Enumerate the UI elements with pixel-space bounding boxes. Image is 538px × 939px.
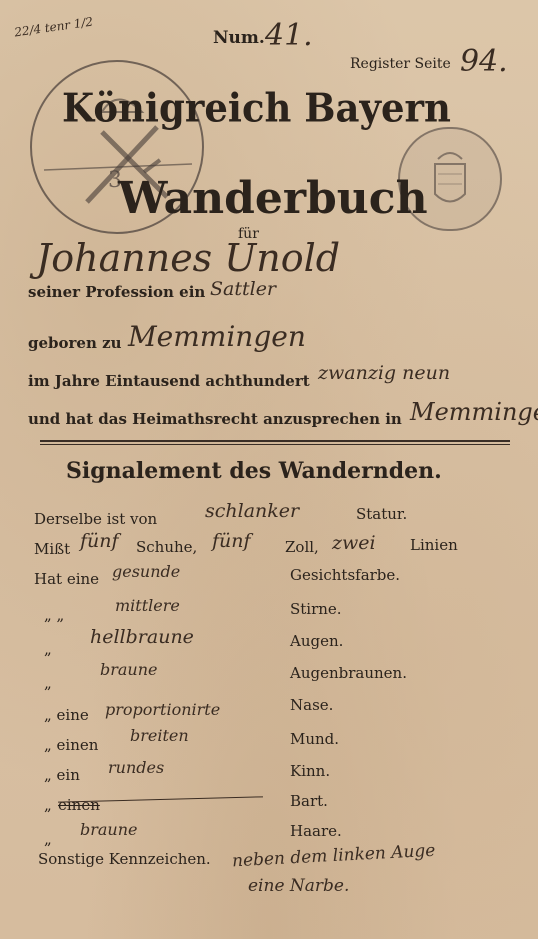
row-prefix: „ einen xyxy=(44,736,98,754)
profession-value: Sattler xyxy=(210,278,276,300)
signalement-heading: Signalement des Wandernden. xyxy=(66,458,442,484)
row-value-bart-struck: einen xyxy=(58,796,100,814)
home-value: Memmingen xyxy=(410,398,538,426)
row-label-nase: Nase. xyxy=(290,696,333,714)
divider-rule xyxy=(40,440,510,442)
row-label-zoll: Zoll, xyxy=(285,538,319,556)
row-value-kinn: rundes xyxy=(108,758,164,777)
row-label-haare: Haare. xyxy=(290,822,342,840)
other-marks-value-line2: eine Narbe. xyxy=(248,876,349,896)
row-label-gesichtsfarbe: Gesichtsfarbe. xyxy=(290,566,400,584)
row-label-schuhe: Schuhe, xyxy=(136,538,197,556)
row-value-augenbraunen: braune xyxy=(100,660,158,679)
row-label-statur: Statur. xyxy=(356,505,407,523)
year-value: zwanzig neun xyxy=(318,362,450,384)
row-value-linien: zwei xyxy=(332,532,376,554)
wanderbuch-page: 22/4 tenr 1/2 Num. 41. Register Seite 94… xyxy=(0,0,538,939)
row-prefix: Derselbe ist von xyxy=(34,510,157,528)
holder-name: Johannes Unold xyxy=(36,236,340,280)
row-label-kinn: Kinn. xyxy=(290,762,330,780)
row-value-schuhe: fünf xyxy=(80,530,119,552)
other-marks-value-line1: neben dem linken Auge xyxy=(232,841,436,872)
row-prefix: „ xyxy=(44,830,52,848)
row-prefix: „ „ xyxy=(44,606,64,624)
num-label: Num. xyxy=(213,28,265,48)
title-kingdom: Königreich Bayern xyxy=(62,85,451,131)
margin-note: 22/4 tenr 1/2 xyxy=(13,15,93,40)
row-label-augen: Augen. xyxy=(290,632,343,650)
row-prefix: „ eine xyxy=(44,706,89,724)
row-prefix: Mißt xyxy=(34,540,70,558)
row-prefix: „ xyxy=(44,640,52,658)
row-prefix: „ xyxy=(44,796,52,814)
row-prefix: „ ein xyxy=(44,766,80,784)
home-label: und hat das Heimathsrecht anzusprechen i… xyxy=(28,410,402,428)
row-label-bart: Bart. xyxy=(290,792,328,810)
born-label: geboren zu xyxy=(28,334,122,352)
row-label-linien: Linien xyxy=(410,536,458,554)
row-value-haare: braune xyxy=(80,820,138,839)
row-prefix: „ xyxy=(44,674,52,692)
profession-label: seiner Profession ein xyxy=(28,283,205,301)
row-value-stirne: mittlere xyxy=(115,596,180,615)
num-value: 41. xyxy=(265,18,313,53)
row-label-mund: Mund. xyxy=(290,730,339,748)
title-wanderbuch: Wanderbuch xyxy=(118,173,428,224)
row-value-statur: schlanker xyxy=(205,500,299,522)
other-marks-label: Sonstige Kennzeichen. xyxy=(38,850,211,868)
row-label-augenbraunen: Augenbraunen. xyxy=(290,664,407,682)
divider-rule-thin xyxy=(40,444,510,445)
row-value-zoll: fünf xyxy=(212,530,251,552)
register-label: Register Seite xyxy=(350,56,451,72)
row-value-nase: proportionirte xyxy=(105,700,220,719)
row-prefix: Hat eine xyxy=(34,570,99,588)
row-value-mund: breiten xyxy=(130,726,189,745)
row-value-gesichtsfarbe: gesunde xyxy=(112,562,180,581)
row-label-stirne: Stirne. xyxy=(290,600,342,618)
row-value-augen: hellbraune xyxy=(90,626,194,648)
year-label: im Jahre Eintausend achthundert xyxy=(28,372,310,390)
register-value: 94. xyxy=(460,44,508,79)
born-value: Memmingen xyxy=(128,320,306,353)
